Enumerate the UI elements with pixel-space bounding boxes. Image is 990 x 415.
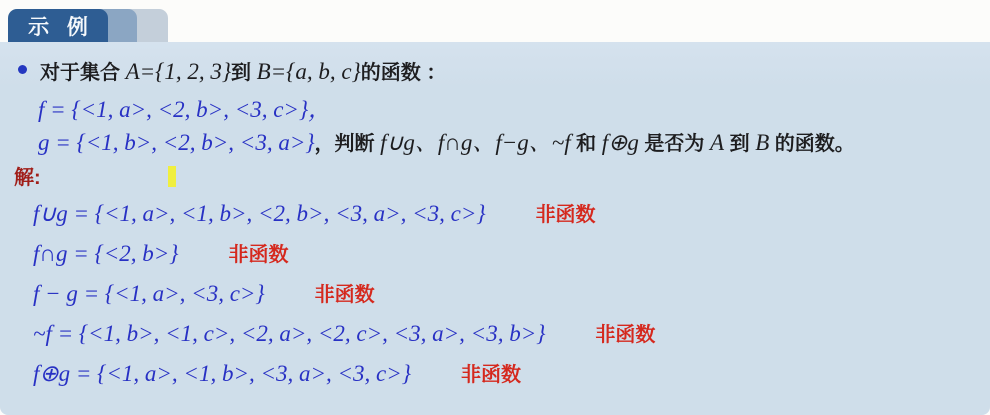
set-b-definition: B={a, b, c} xyxy=(257,59,361,84)
text-segment: 对于集合 xyxy=(40,62,126,84)
text-segment: ，判断 xyxy=(315,133,381,155)
equation-text: f⊕g = {<1, a>, <1, b>, <3, a>, <3, c>} xyxy=(33,361,411,387)
set-a-definition: A={1, 2, 3} xyxy=(126,59,231,84)
text-segment: 是否为 xyxy=(639,133,710,155)
slide: 示 例 对于集合 A={1, 2, 3}到 B={a, b, c}的函数 ： f… xyxy=(0,0,990,415)
text-segment: 到 xyxy=(724,133,755,155)
f-definition-line: f = {<1, a>, <2, b>, <3, c>}， xyxy=(38,91,331,124)
problem-statement-line: 对于集合 A={1, 2, 3}到 B={a, b, c}的函数 ： xyxy=(40,56,446,85)
solution-label-line: 解: xyxy=(14,161,41,190)
f-definition: f = {<1, a>, <2, b>, <3, c>}， xyxy=(38,97,331,122)
equation-text: f − g = {<1, a>, <3, c>} xyxy=(33,281,265,307)
bullet-icon xyxy=(18,65,27,74)
operation-xor: f⊕g xyxy=(602,130,639,155)
verdict-label: 非函数 xyxy=(461,358,521,387)
slide-title: 示 例 xyxy=(22,11,94,41)
equation-text: f∩g = {<2, b>} xyxy=(33,241,178,267)
text-segment: 和 xyxy=(571,133,602,155)
equation-text: f∪g = {<1, a>, <1, b>, <2, b>, <3, a>, <… xyxy=(33,201,486,227)
set-b-symbol: B xyxy=(755,130,769,155)
text-segment: 的函数 ： xyxy=(361,62,447,84)
verdict-label: 非函数 xyxy=(595,318,655,347)
solution-row: f⊕g = {<1, a>, <1, b>, <3, a>, <3, c>} 非… xyxy=(33,358,521,387)
solution-row: f∪g = {<1, a>, <1, b>, <2, b>, <3, a>, <… xyxy=(33,198,596,227)
title-tab: 示 例 xyxy=(8,9,108,42)
solution-row: ~f = {<1, b>, <1, c>, <2, a>, <2, c>, <3… xyxy=(33,318,655,347)
text-segment: 到 xyxy=(231,62,257,84)
g-definition: g = {<1, b>, <2, b>, <3, a>} xyxy=(38,130,315,155)
verdict-label: 非函数 xyxy=(315,278,375,307)
solution-label: 解: xyxy=(14,167,41,189)
set-a-symbol: A xyxy=(710,130,724,155)
text-cursor xyxy=(168,166,176,187)
verdict-label: 非函数 xyxy=(536,198,596,227)
operations-list: f∪g、f∩g、f−g、~f xyxy=(380,130,570,155)
verdict-label: 非函数 xyxy=(228,238,288,267)
solution-row: f∩g = {<2, b>} 非函数 xyxy=(33,238,288,267)
text-segment: 的函数。 xyxy=(769,133,855,155)
solution-row: f − g = {<1, a>, <3, c>} 非函数 xyxy=(33,278,375,307)
equation-text: ~f = {<1, b>, <1, c>, <2, a>, <2, c>, <3… xyxy=(33,321,545,347)
g-definition-line: g = {<1, b>, <2, b>, <3, a>}，判断 f∪g、f∩g、… xyxy=(38,124,855,157)
